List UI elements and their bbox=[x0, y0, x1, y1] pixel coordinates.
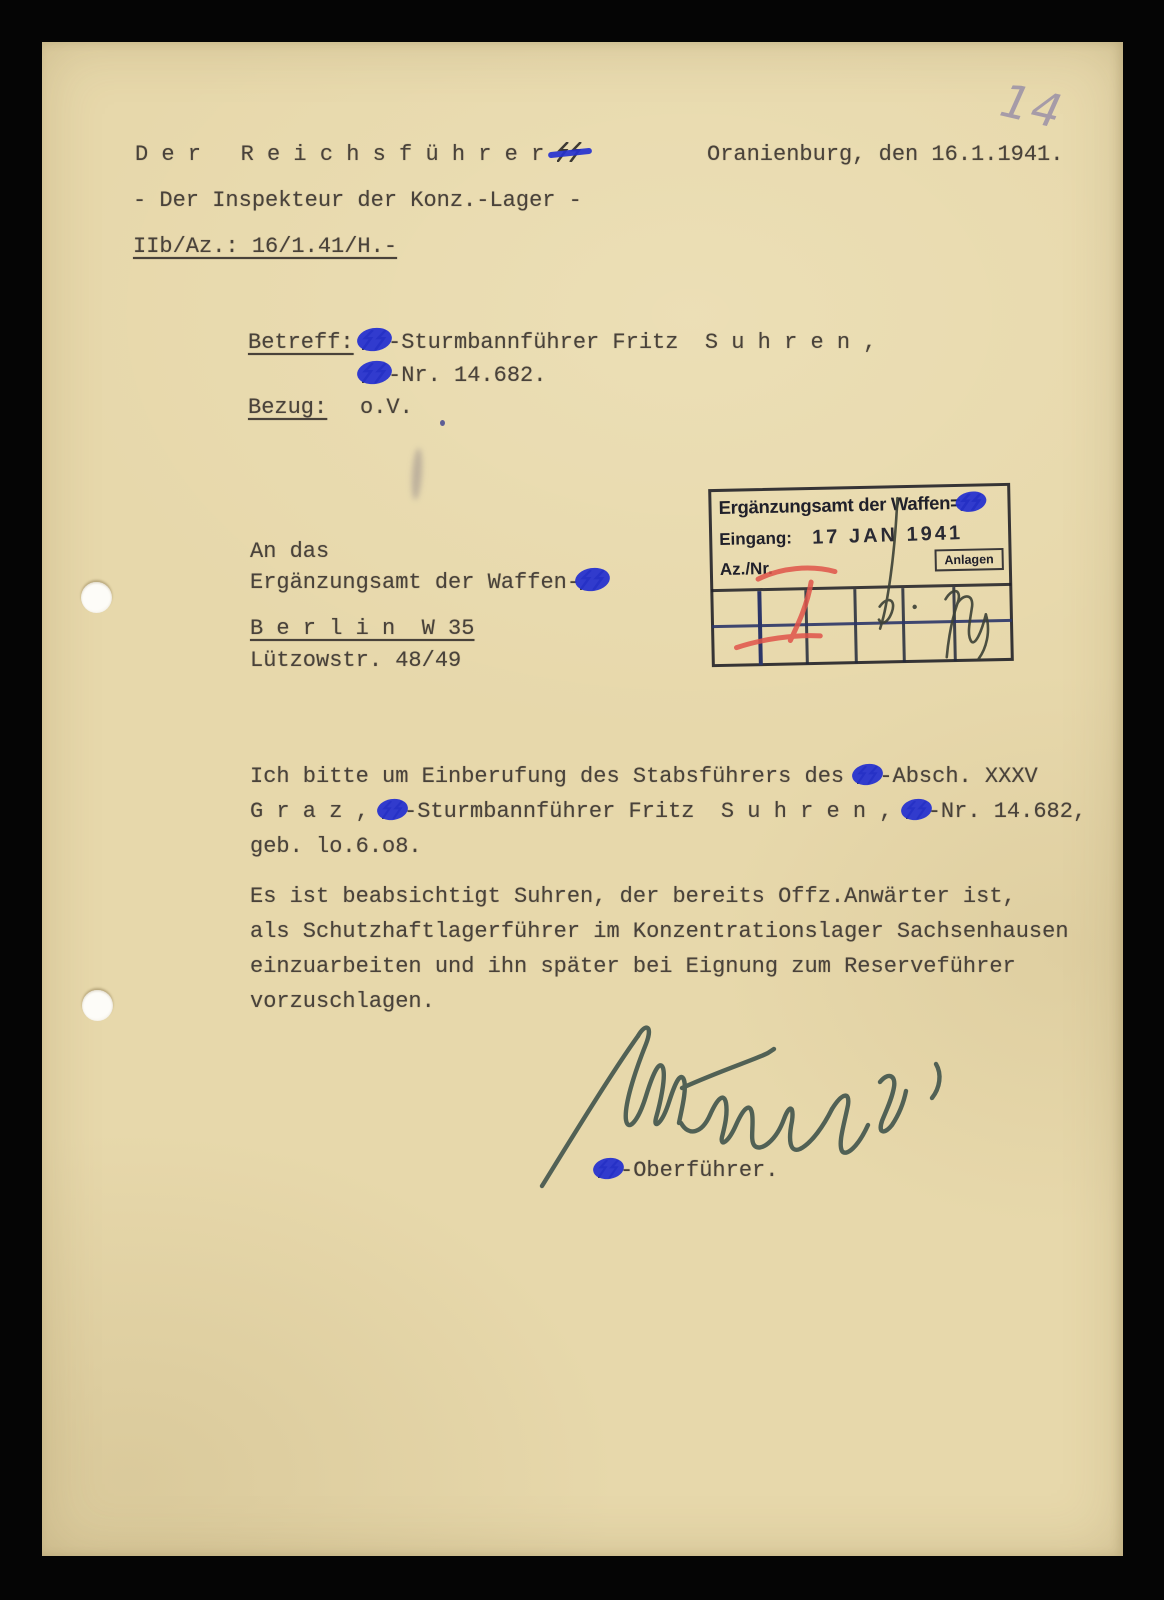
document-page: 14 D e r R e i c h s f ü h r e r Oranien… bbox=[42, 42, 1123, 1556]
betreff-value-line1: -Sturmbannführer Fritz S u h r e n , bbox=[362, 330, 876, 356]
stamp-grid bbox=[711, 583, 1013, 666]
stamp-eingang-label: Eingang: bbox=[719, 528, 792, 549]
recipient-city-text: B e r l i n W 35 bbox=[250, 616, 474, 641]
body-text: Ich bitte um Einberufung des Stabsführer… bbox=[250, 764, 857, 789]
stamp-eingang-row: Eingang:17 JAN 1941 bbox=[719, 523, 963, 551]
body-line: Ich bitte um Einberufung des Stabsführer… bbox=[250, 764, 1038, 799]
stamp-az-label: Az./Nr. bbox=[720, 559, 773, 580]
body-line: einzuarbeiten und ihn später bei Eignung… bbox=[250, 954, 1016, 989]
receipt-stamp: Ergänzungsamt der Waffen= Eingang:17 JAN… bbox=[708, 483, 1014, 667]
ss-runes-icon bbox=[580, 570, 606, 590]
body-line: geb. lo.6.o8. bbox=[250, 834, 422, 869]
bezug-label-text: Bezug: bbox=[248, 395, 327, 420]
punch-hole bbox=[82, 990, 113, 1021]
file-reference-text: IIb/Az.: 16/1.41/H.- bbox=[133, 234, 397, 259]
betreff-value-text1: -Sturmbannführer Fritz S u h r e n , bbox=[388, 330, 876, 355]
recipient-line2: Ergänzungsamt der Waffen- bbox=[250, 570, 606, 596]
betreff-value-line2: -Nr. 14.682. bbox=[362, 363, 546, 389]
bezug-label: Bezug: bbox=[248, 395, 327, 421]
sender-title-line: D e r R e i c h s f ü h r e r bbox=[135, 142, 583, 168]
grid-line bbox=[901, 588, 906, 662]
ss-runes-icon bbox=[557, 142, 583, 162]
file-reference-line: IIb/Az.: 16/1.41/H.- bbox=[133, 234, 397, 260]
grid-line bbox=[804, 590, 809, 664]
stamp-anlagen-box: Anlagen bbox=[934, 548, 1004, 571]
pencil-page-number-text: 14 bbox=[995, 73, 1068, 140]
recipient-line1: An das bbox=[250, 539, 329, 565]
body-text: -Absch. XXXV bbox=[879, 764, 1037, 789]
body-text: -Sturmbannführer Fritz S u h r e n , bbox=[404, 799, 906, 824]
pencil-page-number: 14 bbox=[982, 68, 1092, 148]
betreff-label: Betreff: bbox=[248, 330, 354, 356]
sender-title-text: D e r R e i c h s f ü h r e r bbox=[135, 142, 557, 167]
recipient-city: B e r l i n W 35 bbox=[250, 616, 474, 642]
ss-runes-icon bbox=[598, 1160, 620, 1178]
signature-rank-text: -Oberführer. bbox=[620, 1158, 778, 1183]
ss-runes-icon bbox=[362, 330, 388, 350]
signature-rank-line: -Oberführer. bbox=[598, 1158, 778, 1184]
body-text: -Nr. 14.682, bbox=[928, 799, 1086, 824]
recipient-line2-text: Ergänzungsamt der Waffen- bbox=[250, 570, 580, 595]
bezug-value: o.V. bbox=[360, 395, 413, 421]
betreff-label-text: Betreff: bbox=[248, 330, 354, 355]
ss-runes-icon bbox=[906, 801, 928, 819]
body-line: als Schutzhaftlagerführer im Konzentrati… bbox=[250, 919, 1069, 954]
pencil-smudge bbox=[410, 448, 424, 501]
body-line: vorzuschlagen. bbox=[250, 989, 435, 1024]
recipient-street: Lützowstr. 48/49 bbox=[250, 648, 461, 674]
betreff-value-text2: -Nr. 14.682. bbox=[388, 363, 546, 388]
ss-runes-icon bbox=[382, 801, 404, 819]
sender-subtitle-line: - Der Inspekteur der Konz.-Lager - bbox=[133, 188, 582, 214]
ss-runes-icon bbox=[857, 766, 879, 784]
stamp-date: 17 JAN 1941 bbox=[812, 522, 964, 550]
grid-line bbox=[757, 591, 763, 665]
ss-runes-icon bbox=[960, 493, 982, 510]
body-text: G r a z , bbox=[250, 799, 382, 824]
place-date-line: Oranienburg, den 16.1.1941. bbox=[707, 142, 1063, 168]
stamp-title-text: Ergänzungsamt der Waffen= bbox=[718, 492, 961, 518]
ss-runes-icon bbox=[362, 363, 388, 383]
stamp-title: Ergänzungsamt der Waffen= bbox=[718, 491, 983, 519]
punch-hole bbox=[81, 582, 112, 613]
body-line: Es ist beabsichtigt Suhren, der bereits … bbox=[250, 884, 1016, 919]
grid-line bbox=[952, 587, 957, 661]
ink-speck bbox=[440, 420, 445, 426]
scan-background: { "annotations": { "page_number_pencil":… bbox=[0, 0, 1164, 1600]
grid-line bbox=[853, 589, 858, 663]
body-line: G r a z , -Sturmbannführer Fritz S u h r… bbox=[250, 799, 1086, 834]
